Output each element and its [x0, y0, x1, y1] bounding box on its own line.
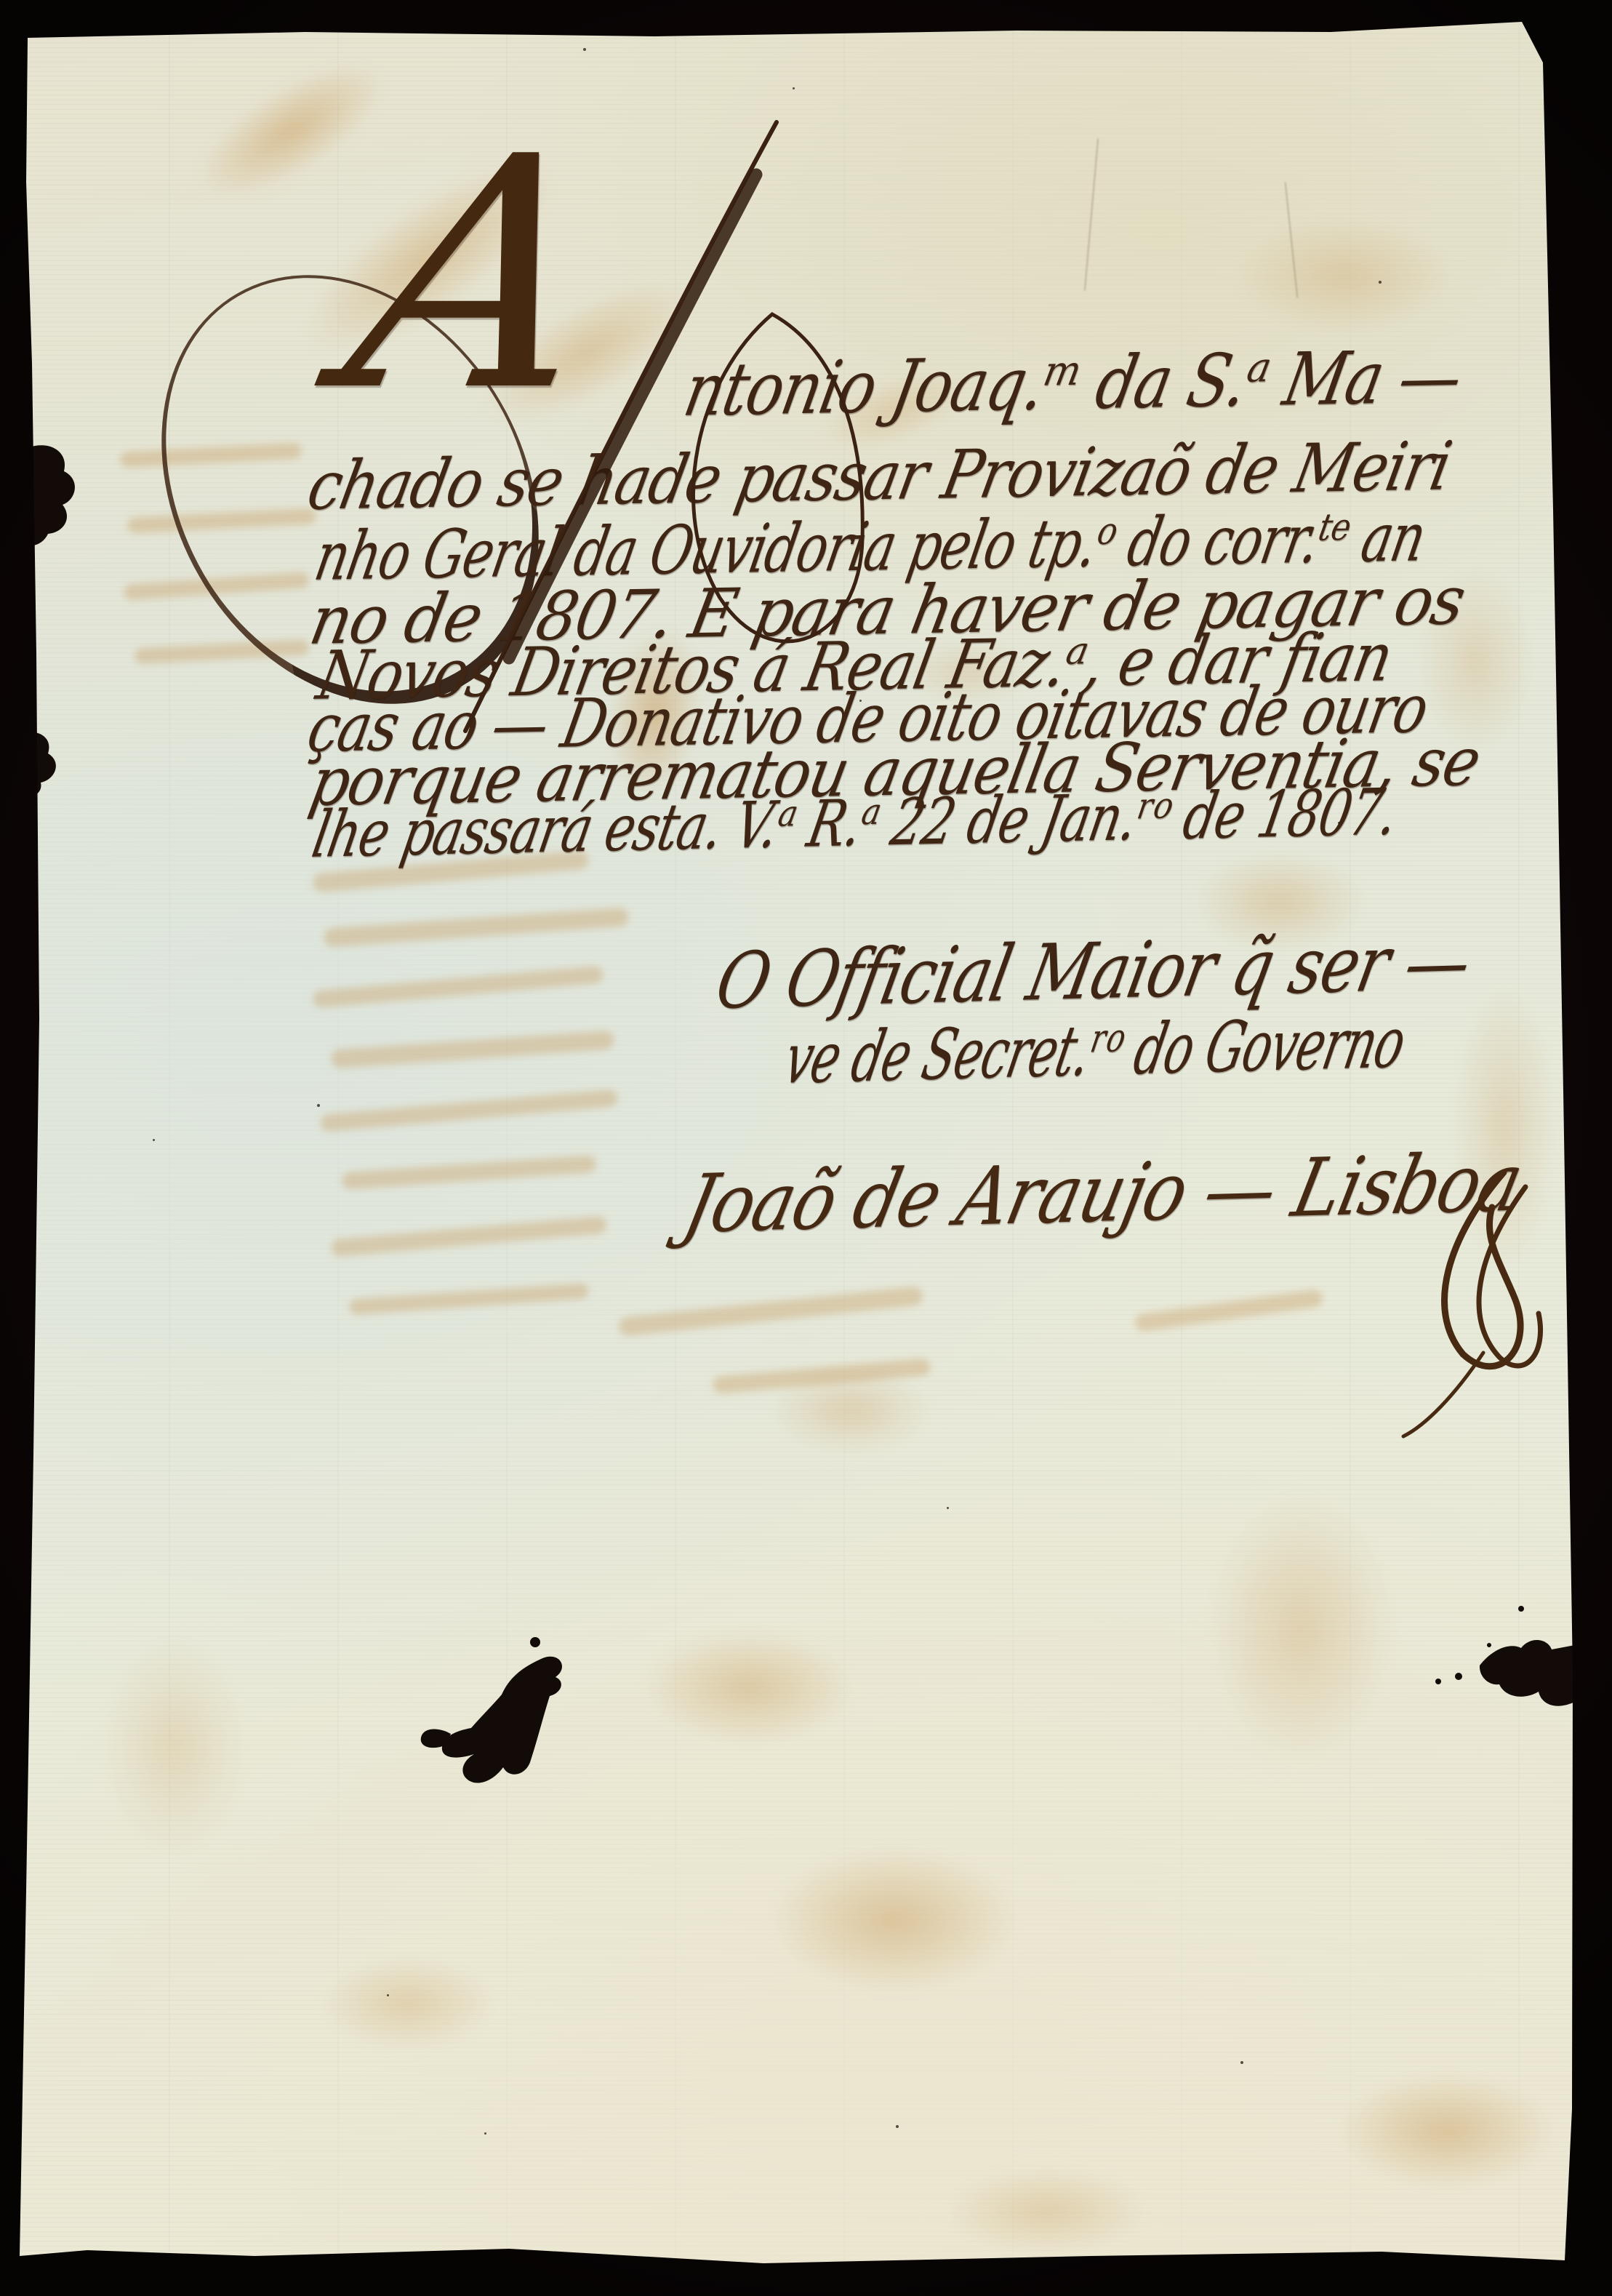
paraph-tail — [1403, 1353, 1483, 1436]
ink-dot — [1487, 1643, 1491, 1647]
office-line-2: ve de Secret.ʳᵒ do Governo — [778, 1001, 1411, 1100]
bleedthrough-mark — [331, 1030, 615, 1068]
bleedthrough-mark — [313, 966, 604, 1009]
ink-dot — [530, 1637, 540, 1647]
bleedthrough-mark — [713, 1358, 931, 1394]
paper-speck — [484, 2132, 486, 2135]
paper-crease — [1285, 182, 1299, 297]
bleedthrough-mark — [1134, 1289, 1324, 1332]
stain — [771, 1847, 1018, 1993]
paper-speck — [793, 87, 795, 89]
stain — [640, 1629, 858, 1745]
stain — [945, 2167, 1149, 2255]
stain — [1236, 218, 1454, 335]
paper-speck — [1338, 822, 1340, 824]
paper-speck — [1379, 281, 1382, 284]
paper-speck — [583, 48, 586, 51]
stain — [320, 1956, 494, 2051]
paper-speck — [153, 1139, 155, 1141]
paper-speck — [317, 1104, 320, 1107]
scanned-manuscript-photo: A ntonio Joaq.ᵐ da S.ᵃ Ma — chado se had… — [0, 0, 1612, 2296]
stain — [771, 1367, 931, 1455]
paper-speck — [896, 2125, 899, 2128]
paper-sheet: A ntonio Joaq.ᵐ da S.ᵃ Ma — chado se had… — [0, 0, 1612, 2296]
ink-blot-bottom-squiggle — [442, 1657, 562, 1783]
ink-blot-left-upper — [15, 445, 75, 546]
bleedthrough-mark — [324, 907, 630, 947]
bleedthrough-mark — [331, 1215, 608, 1257]
stain — [1207, 1491, 1396, 1767]
stain — [102, 1636, 247, 1855]
ink-dot — [1455, 1673, 1462, 1680]
stain — [175, 36, 406, 226]
paper-speck — [1240, 2061, 1243, 2064]
paper-speck — [387, 1994, 389, 1996]
paper-crease — [1084, 138, 1099, 290]
bleedthrough-mark — [320, 1089, 619, 1132]
bleedthrough-mark — [618, 1286, 923, 1337]
signature-text: Joaõ de Araujo — Lisboa — [676, 1135, 1530, 1251]
bleedthrough-mark — [349, 1283, 590, 1316]
body-line-1: ntonio Joaq.ᵐ da S.ᵃ Ma — — [678, 334, 1468, 433]
bleedthrough-mark — [342, 1155, 597, 1190]
ink-dot — [1435, 1679, 1441, 1684]
paper-speck — [947, 1507, 949, 1509]
ink-blot-bottom-hook — [421, 1729, 451, 1748]
ink-blot-right-edge — [1480, 1640, 1575, 1706]
initial-letter: A — [328, 115, 627, 435]
ink-dot — [1518, 1606, 1524, 1612]
paper-speck — [859, 700, 862, 702]
ink-blot-left-lower — [13, 732, 56, 797]
stain — [1338, 2073, 1556, 2189]
